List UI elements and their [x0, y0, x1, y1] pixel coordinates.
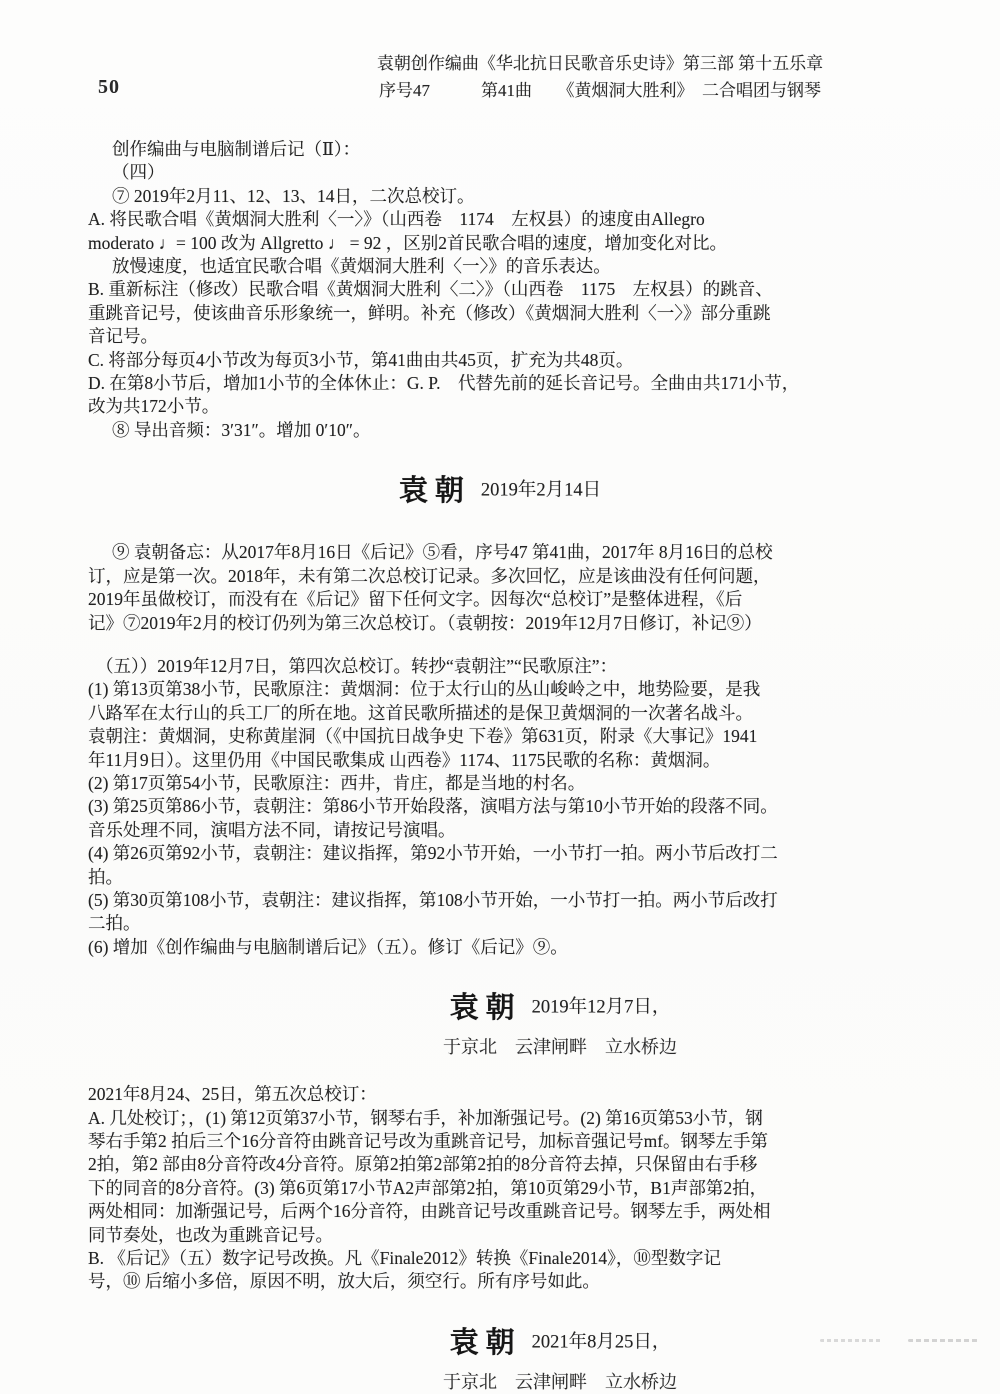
paragraph-line: (3) 第25页第86小节，袁朝注：第86小节开始段落，演唱方法与第10小节开始…	[88, 795, 948, 818]
paragraph-line: (6) 增加《创作编曲与电脑制谱后记》（五）。修订《后记》⑨。	[88, 936, 948, 959]
paragraph-line: 拍。	[88, 866, 948, 889]
signature-name: 袁朝	[399, 475, 471, 507]
paragraph-line: 改为共172小节。	[88, 395, 948, 418]
paragraph-line: moderato ♩= 100 改为 Allgretto ♩ = 92 ，区别2…	[88, 232, 948, 255]
document-header: 袁朝创作编曲《华北抗日民歌音乐史诗》第三部 第十五乐章 序号47 第41曲 《黄…	[250, 0, 950, 104]
signature-location: 于京北 云津闸畔 立水桥边	[60, 1033, 1000, 1059]
paragraph-line: （四）	[88, 161, 948, 184]
paragraph-line: 记》⑦2019年2月的校订仍列为第三次总校订。（袁朝按：2019年12月7日修订…	[88, 612, 948, 635]
signature-date: 2021年8月25日，	[532, 1332, 671, 1352]
paragraph-line: (2) 第17页第54小节，民歌原注：西井，肯庄，都是当地的村名。	[88, 772, 948, 795]
paragraph-line: A. 将民歌合唱《黄烟洞大胜利〈一〉》（山西卷 1174 左权县）的速度由All…	[88, 208, 948, 231]
paragraph-line: 二拍。	[88, 912, 948, 935]
signature-date: 2019年12月7日，	[532, 998, 671, 1018]
paragraph-line: 琴右手第2 拍后三个16分音符由跳音记号改为重跳音记号，加标音强记号mf。钢琴左…	[88, 1130, 948, 1153]
faint-scan-artifact	[820, 1335, 980, 1345]
paragraph-line: A. 几处校订；，(1) 第12页第37小节，钢琴右手，补加渐强记号。(2) 第…	[88, 1107, 948, 1130]
signature-name: 袁朝	[450, 992, 522, 1024]
paragraph-line: B. 重新标注（修改）民歌合唱《黄烟洞大胜利〈二〉》（山西卷 1175 左权县）…	[88, 278, 948, 301]
memo-section-9: ⑨ 袁朝备忘：从2017年8月16日《后记》⑤看，序号47 第41曲，2017年…	[88, 541, 948, 635]
paragraph-line: 2021年8月24、25日，第五次总校订：	[88, 1083, 948, 1106]
paragraph-line: ⑨ 袁朝备忘：从2017年8月16日《后记》⑤看，序号47 第41曲，2017年…	[88, 541, 948, 564]
signature-block-2019-12: 袁朝2019年12月7日， 于京北 云津闸畔 立水桥边	[60, 985, 1000, 1059]
paragraph-line: 2019年虽做校订，而没有在《后记》留下任何文字。因每次“总校订”是整体进程，《…	[88, 588, 948, 611]
signature-location: 于京北 云津闸畔 立水桥边	[60, 1368, 1000, 1394]
paragraph-line: 号，⑩ 后缩小多倍，原因不明，放大后，须空行。所有序号如此。	[88, 1270, 948, 1293]
paragraph-line: 八路军在太行山的兵工厂的所在地。这首民歌所描述的是保卫黄烟洞的一次著名战斗。	[88, 702, 948, 725]
paragraph-line: 下的同音的8分音符。(3) 第6页第17小节A2声部第2拍，第10页第29小节，…	[88, 1177, 948, 1200]
paragraph-line: 音记号。	[88, 325, 948, 348]
header-title-line1: 袁朝创作编曲《华北抗日民歌音乐史诗》第三部 第十五乐章	[250, 50, 950, 77]
paragraph-line: （五））2019年12月7日，第四次总校订。转抄“袁朝注”“民歌原注”：	[88, 655, 948, 678]
scanned-document-page: 50 袁朝创作编曲《华北抗日民歌音乐史诗》第三部 第十五乐章 序号47 第41曲…	[0, 0, 1000, 1375]
paragraph-line: 订，应是第一次。2018年，未有第二次总校订记录。多次回忆，应是该曲没有任何问题…	[88, 565, 948, 588]
postscript-section-4: 创作编曲与电脑制谱后记（Ⅱ）： （四） ⑦ 2019年2月11、12、13、14…	[88, 138, 948, 442]
paragraph-line: ⑧ 导出音频：3′31″。增加 0′10″。	[88, 419, 948, 442]
paragraph-line: ⑦ 2019年2月11、12、13、14日，二次总校订。	[88, 185, 948, 208]
paragraph-line: 2拍，第2 部由8分音符改4分音符。原第2拍第2部第2拍的8分音符去掉，只保留由…	[88, 1153, 948, 1176]
paragraph-line: 音乐处理不同，演唱方法不同，请按记号演唱。	[88, 819, 948, 842]
signature-name: 袁朝	[450, 1327, 522, 1359]
postscript-section-5: （五））2019年12月7日，第四次总校订。转抄“袁朝注”“民歌原注”： (1)…	[88, 655, 948, 959]
paragraph-line: C. 将部分每页4小节改为每页3小节，第41曲由共45页，扩充为共48页。	[88, 349, 948, 372]
paragraph-line: (4) 第26页第92小节，袁朝注：建议指挥，第92小节开始，一小节打一拍。两小…	[88, 842, 948, 865]
paragraph-line: 重跳音记号，使该曲音乐形象统一，鲜明。补充（修改）《黄烟洞大胜利〈一〉》部分重跳	[88, 302, 948, 325]
paragraph-line: 放慢速度，也适宜民歌合唱《黄烟洞大胜利〈一〉》的音乐表达。	[88, 255, 948, 278]
signature-block-2019-02: 袁朝2019年2月14日	[0, 468, 1000, 509]
paragraph-line: D. 在第8小节后，增加1小节的全体休止：G. P. 代替先前的延长音记号。全曲…	[88, 372, 948, 395]
paragraph-line: 年11月9日）。这里仍用《中国民歌集成 山西卷》1174、1175民歌的名称：黄…	[88, 749, 948, 772]
paragraph-line: 袁朝注：黄烟洞，史称黄崖洞（《中国抗日战争史 下卷》第631页，附录《大事记》1…	[88, 725, 948, 748]
paragraph-line: (5) 第30页第108小节，袁朝注：建议指挥，第108小节开始，一小节打一拍。…	[88, 889, 948, 912]
paragraph-line: 同节奏处，也改为重跳音记号。	[88, 1224, 948, 1247]
paragraph-line: B. 《后记》（五）数字记号改换。凡《Finale2012》转换《Finale2…	[88, 1247, 948, 1270]
signature-date: 2019年2月14日	[481, 481, 601, 501]
signature-block-2021-08: 袁朝2021年8月25日， 于京北 云津闸畔 立水桥边	[60, 1320, 1000, 1394]
paragraph-line: 创作编曲与电脑制谱后记（Ⅱ）：	[88, 138, 948, 161]
paragraph-line: (1) 第13页第38小节，民歌原注：黄烟洞：位于太行山的丛山峻岭之中，地势险要…	[88, 678, 948, 701]
page-number: 50	[98, 76, 120, 99]
paragraph-line: 两处相同：加渐强记号，后两个16分音符，由跳音记号改重跳音记号。钢琴左手，两处相	[88, 1200, 948, 1223]
header-title-line2: 序号47 第41曲 《黄烟洞大胜利》 二合唱团与钢琴	[250, 77, 950, 104]
revision-section-2021: 2021年8月24、25日，第五次总校订： A. 几处校订；，(1) 第12页第…	[88, 1083, 948, 1294]
